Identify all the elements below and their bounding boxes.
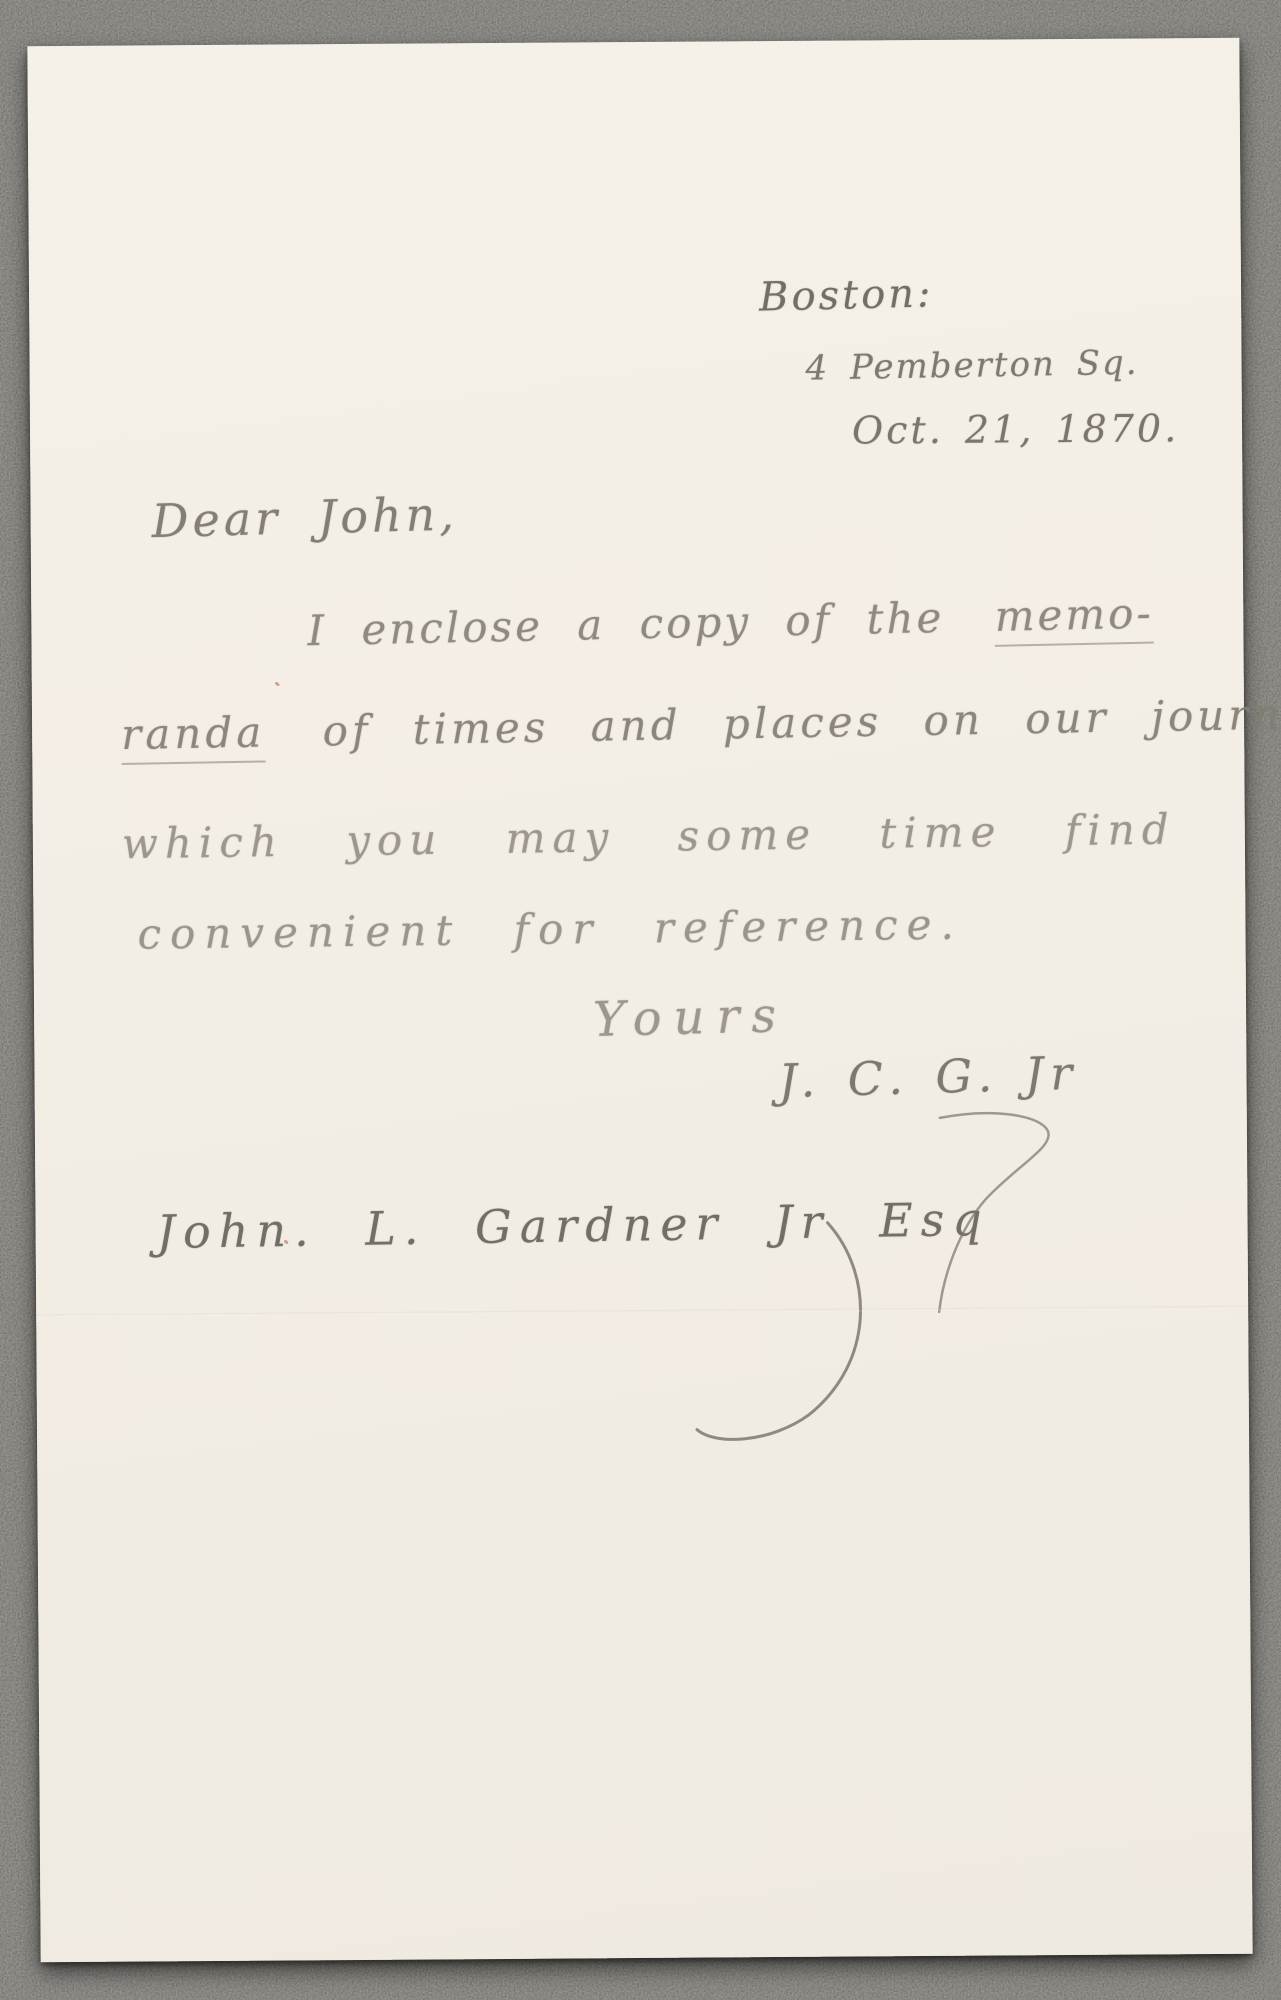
body-line-1-text: I enclose a copy of the (307, 593, 945, 655)
salutation: Dear John, (151, 487, 458, 548)
body-line-4: convenient for reference. (137, 900, 963, 959)
closing-yours: Yours (592, 987, 788, 1048)
underlined-word-memo: memo- (994, 589, 1154, 647)
addressee-flourish-stroke (696, 1222, 862, 1439)
heading-date: Oct. 21, 1870. (852, 406, 1179, 452)
photograph-of-handwritten-letter: Boston: 4 Pemberton Sq. Oct. 21, 1870. D… (0, 0, 1281, 2000)
body-line-1: I enclose a copy of the memo- (307, 589, 1154, 656)
letter-paper: Boston: 4 Pemberton Sq. Oct. 21, 1870. D… (27, 38, 1252, 1962)
addressee-line: John. L. Gardner Jr Esq (156, 1192, 990, 1259)
heading-place: Boston: (759, 270, 934, 320)
underlined-word-randa: randa (121, 707, 266, 765)
paper-fold-crease (36, 1306, 1248, 1317)
body-line-3: which you may some time find (122, 805, 1176, 869)
heading-address: 4 Pemberton Sq. (805, 343, 1139, 389)
body-line-2: randa of times and places on our journey (121, 689, 1281, 759)
signature-initials: J. C. G. Jr (778, 1046, 1080, 1108)
body-line-2-text: of times and places on our journey (322, 689, 1281, 756)
paper-speck (274, 681, 280, 686)
